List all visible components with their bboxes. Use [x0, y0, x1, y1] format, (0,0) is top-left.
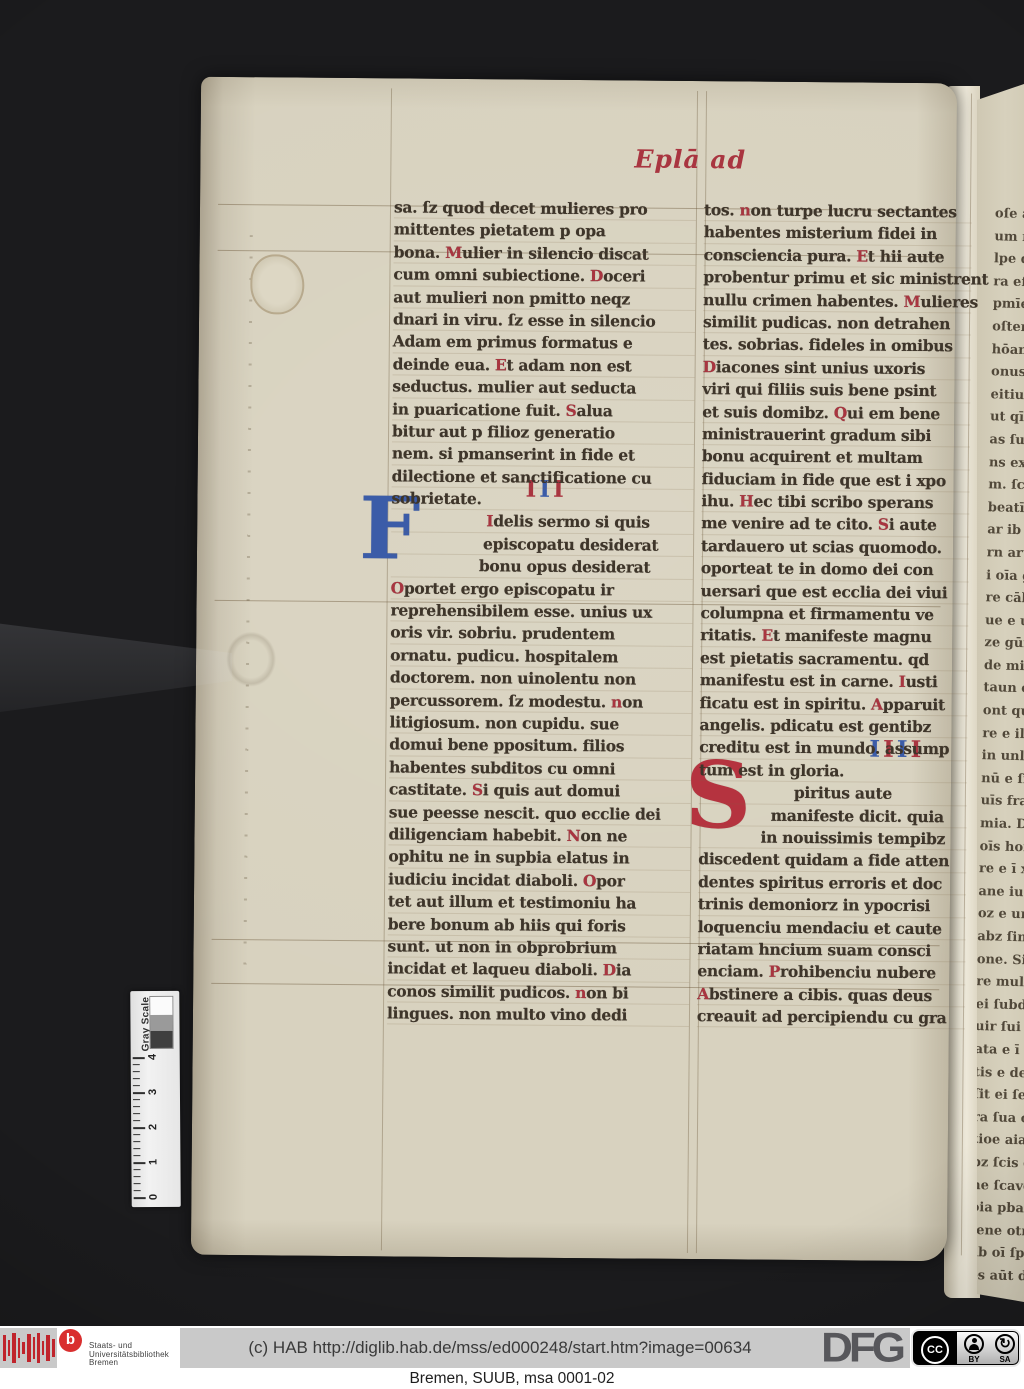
barcode-bar	[42, 1341, 44, 1355]
facing-text-fragment: in unlo ipo	[981, 745, 1024, 769]
facing-text-fragment: lpe qīn arſne	[994, 248, 1024, 272]
ruler-number: 2	[147, 1119, 159, 1135]
facing-text-fragment: ſit ei ſemp	[977, 1084, 1024, 1108]
facing-text-fragment: tioe aia ſca	[977, 1129, 1024, 1153]
text-line: piritus aute	[699, 781, 967, 806]
gray-patch-mid	[150, 1015, 172, 1031]
barcode-bar	[3, 1335, 6, 1361]
facing-page-text: oſe amōeum mgnōerilpe qīn arſnera eſt e …	[977, 203, 1024, 1289]
text-line: Diacones sint unius uxoris	[703, 356, 971, 381]
facing-text-fragment: re e ī xpo ih	[979, 858, 1024, 882]
cc-sa-arrow-icon: ↻	[995, 1334, 1015, 1354]
ruler-tick	[134, 1190, 141, 1191]
cc-sa-label: SA	[990, 1355, 1020, 1364]
text-line: Oportet ergo episcopatu ir	[391, 577, 693, 602]
facing-text-fragment: ab oī ſpe ma	[977, 1242, 1024, 1266]
ruler-tick	[133, 1064, 140, 1065]
ruler-tick	[133, 1120, 140, 1121]
text-line: bona. Mulier in silencio discat	[394, 241, 696, 266]
text-line: tum est in gloria.	[699, 759, 967, 784]
text-line: columpna et firmamentu ve	[700, 602, 968, 627]
text-line: bonu opus desiderat	[391, 555, 693, 580]
text-line: est pietatis sacramentu. qd	[700, 647, 968, 672]
text-line: consciencia pura. Et hii aute	[704, 244, 972, 269]
text-line: bitur aut p filioz generatio	[392, 420, 694, 445]
text-line: sobrietate.	[391, 487, 693, 512]
text-line: enciam. Prohibenciu nubere	[697, 960, 965, 985]
text-line: dilectione et sanctificatione cu	[392, 465, 694, 490]
text-line: Idelis sermo si quis	[391, 510, 693, 535]
text-line: mittentes pietatem p opa	[394, 219, 696, 244]
facing-text-fragment: one. Sic e de	[977, 949, 1024, 973]
text-line: bonu acquirent et multam	[702, 445, 970, 470]
cc-license-badge: CC BY ↻ SA	[911, 1329, 1021, 1367]
facing-text-fragment: re cābeis	[985, 587, 1024, 611]
text-line: tet aut illum et testimoniu ha	[388, 890, 690, 915]
facing-text-fragment: ut qīa aſſe	[990, 407, 1024, 431]
text-line: nullu crimen habentes. Mulieres	[703, 289, 971, 314]
footer-bar: b Staats- und Universitätsbibliothek Bre…	[0, 1326, 1024, 1389]
cc-by-person-icon	[964, 1334, 984, 1354]
text-line: dentes spiritus erroris et doc	[698, 871, 966, 896]
facing-text-fragment: ne ſcave re	[977, 1175, 1024, 1199]
facing-page-edge: oſe amōeum mgnōerilpe qīn arſnera eſt e …	[977, 84, 1024, 1302]
ruler-tick	[134, 1197, 146, 1199]
cc-sa-item: ↻ SA	[990, 1333, 1020, 1364]
text-line: viri qui filiis suis bene psint	[702, 378, 970, 403]
text-line: trinis demoniorz in ypocrisi	[698, 893, 966, 918]
facing-text-fragment: taun oīa ſe	[983, 678, 1024, 702]
facing-text-fragment: ont quia de	[983, 700, 1024, 724]
text-line: creditu est in mundo. assump	[699, 736, 967, 761]
text-line: seductus. mulier aut seducta	[392, 376, 694, 401]
text-line: ministrauerint gradum sibi	[702, 423, 970, 448]
cc-badge-panel: BY ↻ SA	[957, 1332, 1018, 1364]
text-line: fiduciam in fide que est i xpo	[702, 468, 970, 493]
text-line: habentes misterium fidei in	[704, 222, 972, 247]
text-line: bere bonum ab hiis qui foris	[388, 913, 690, 938]
ruler-tick	[133, 1127, 145, 1129]
barcode-bar	[46, 1335, 50, 1361]
text-line: similit pudicas. non detrahen	[703, 311, 971, 336]
text-line: angelis. pdicatu est gentibz	[699, 714, 967, 739]
dfg-logo: DFG	[821, 1324, 902, 1372]
ruler-tick	[133, 1085, 140, 1086]
facing-text-fragment: tene otmiz	[977, 1220, 1024, 1244]
grayscale-patches	[149, 996, 173, 1049]
facing-text-fragment: rn arte heb	[986, 542, 1024, 566]
text-line: doctorem. non uinolentu non	[390, 667, 692, 692]
running-title: Eplā ad	[634, 145, 746, 175]
facing-text-fragment: hōane. Hec	[991, 339, 1024, 363]
ruler-tick	[133, 1148, 140, 1149]
shelfmark: Bremen, SUUB, msa 0001-02	[0, 1370, 1024, 1388]
library-barcode-logo	[3, 1328, 55, 1368]
text-line: in puaricatione fuit. Salua	[392, 398, 694, 423]
facing-text-fragment: ata e ī oībz	[977, 1039, 1024, 1063]
facing-text-fragment: pmīe amōr	[992, 294, 1024, 318]
ruler-tick	[134, 1176, 141, 1177]
text-line: diligenciam habebit. Non ne	[388, 823, 690, 848]
facing-text-fragment: abz ſine ira	[977, 926, 1024, 950]
text-line: nem. si pmanserint in fide et	[392, 443, 694, 468]
ruler-tick	[133, 1106, 140, 1107]
facing-text-fragment: onus cris ui	[991, 361, 1024, 385]
barcode-bar	[18, 1338, 20, 1358]
facing-text-fragment: os aūt deus	[977, 1265, 1024, 1289]
facing-text-fragment: ra ſua oia	[977, 1107, 1024, 1131]
barcode-bar	[8, 1340, 10, 1356]
facing-text-fragment: uir ſui capi	[977, 1016, 1024, 1040]
ruler-tick	[133, 1134, 140, 1135]
ruler-tick	[133, 1162, 145, 1164]
text-line: riatam hncium suam consci	[697, 938, 965, 963]
text-line: me venire ad te cito. Si aute	[701, 513, 969, 538]
ruler-number: 1	[147, 1154, 159, 1170]
facing-text-fragment: ue e unlaub	[985, 610, 1024, 634]
facing-text-fragment: i oīa gaudi	[986, 565, 1024, 589]
text-line: manifeste dicit. quia	[699, 804, 967, 829]
facing-text-fragment: re e ille qī	[982, 723, 1024, 747]
text-line: litigiosum. non cupidu. sue	[389, 711, 691, 736]
barcode-bar	[22, 1342, 25, 1354]
facing-text-fragment: eitius ilins	[990, 384, 1024, 408]
ruler-tick	[133, 1071, 140, 1072]
parchment-hole	[250, 254, 305, 314]
ruler-tick	[134, 1183, 141, 1184]
text-line: tardauero ut scias quomodo.	[701, 535, 969, 560]
barcode-bar	[12, 1333, 16, 1363]
cc-logo-icon: CC	[921, 1336, 949, 1364]
text-line: habentes subditos cu omni	[389, 756, 691, 781]
text-line: reprehensibilem esse. unius ux	[390, 599, 692, 624]
text-line: lingues. non multo vino dedi	[387, 1002, 689, 1027]
text-line: castitate. Si quis aut domui	[389, 779, 691, 804]
text-line: probentur primu et sic ministrent	[703, 266, 971, 291]
facing-text-fragment: um mgnōeri	[994, 226, 1024, 250]
text-line: sue peesse nescit. quo ecclie dei	[389, 801, 691, 826]
barcode-bar	[33, 1337, 35, 1359]
text-line: oporteat te in domo dei con	[701, 557, 969, 582]
facing-text-fragment: oz e unlner	[978, 904, 1024, 928]
ruler-tick	[133, 1169, 140, 1170]
text-line: episcopatu desiderat	[391, 532, 693, 557]
facing-text-fragment: nū e ſi aud	[981, 768, 1024, 792]
text-line: creauit ad percipiendu cu gra	[697, 1005, 965, 1030]
gray-patch-dark	[151, 1031, 173, 1048]
text-line: ornatu. pudicu. hospitalem	[390, 644, 692, 669]
text-line: et suis domibz. Qui em bene	[702, 401, 970, 426]
ruler-number: 0	[148, 1189, 160, 1205]
facing-text-fragment: ns excreta t	[989, 452, 1024, 476]
facing-text-fragment: ane iudicat	[978, 881, 1024, 905]
library-name: Staats- und Universitätsbibliothek Breme…	[89, 1342, 169, 1368]
facing-text-fragment: ze gūr erfe	[984, 632, 1024, 656]
text-column-left: sa. ſz quod decet mulieres promittentes …	[387, 196, 696, 1027]
pricking-dots	[243, 235, 252, 975]
facing-text-fragment: re mulieri	[977, 971, 1024, 995]
library-logo-block	[0, 1328, 57, 1368]
text-line: ihu. Hec tibi scribo sperans	[701, 490, 969, 515]
text-line: tes. sobrias. fideles in omibus	[703, 333, 971, 358]
text-line: sunt. ut non in obprobrium	[387, 935, 689, 960]
text-line: sa. ſz quod decet mulieres pro	[394, 196, 696, 221]
text-line: ophitu ne in supbia elatus in	[388, 846, 690, 871]
ruler-tick	[133, 1141, 140, 1142]
barcode-bar	[27, 1334, 32, 1362]
ruler-tick	[133, 1057, 145, 1059]
facing-text-fragment: as ſut e aud	[989, 429, 1024, 453]
text-line: uersari que est ecclia dei viui	[701, 580, 969, 605]
library-b-logo: b	[59, 1329, 82, 1352]
text-line: oris vir. sobriu. prudentem	[390, 622, 692, 647]
cc-by-label: BY	[959, 1355, 989, 1364]
ruler-tick	[133, 1078, 140, 1079]
facing-text-fragment: ei ſubdi de	[977, 994, 1024, 1018]
ruler-tick	[133, 1099, 140, 1100]
text-line: iudiciu incidat diaboli. Opor	[388, 868, 690, 893]
facing-text-fragment: beatīcū ui	[988, 497, 1024, 521]
facing-text-fragment: bz ſcis oibz	[977, 1152, 1024, 1176]
ruler-tick	[133, 1113, 140, 1114]
manuscript-page: Eplā ad III IIII F S sa. ſz quod decet m…	[191, 77, 957, 1262]
text-column-right: tos. non turpe lucru sectanteshabentes m…	[697, 199, 972, 1030]
text-line: ritatis. Et manifeste magnu	[700, 625, 968, 650]
text-line: domui bene ppositum. filios	[389, 734, 691, 759]
ruler-number: 4	[147, 1049, 159, 1065]
text-line: ficatu est in spiritu. Apparuit	[700, 692, 968, 717]
copyright-text: (c) HAB http://diglib.hab.de/mss/ed00024…	[180, 1328, 820, 1368]
facing-text-fragment: de mihi ſoc	[984, 655, 1024, 679]
ruler-tick	[133, 1155, 140, 1156]
facing-text-fragment: uīs frai e	[980, 791, 1024, 815]
facing-text-fragment: oia pbate q	[977, 1197, 1024, 1221]
copyright-bar: (c) HAB http://diglib.hab.de/mss/ed00024…	[180, 1328, 910, 1368]
text-line: Abstinere a cibis. quas deus	[697, 983, 965, 1008]
facing-text-fragment: ar ib oīta u	[987, 520, 1024, 544]
facing-text-fragment: m. ſcam coſ	[988, 474, 1024, 498]
text-line: tos. non turpe lucru sectantes	[704, 199, 972, 224]
facing-text-fragment: oīs hoibz ſi	[979, 836, 1024, 860]
text-line: manifestu est in carne. Iusti	[700, 669, 968, 694]
text-line: dnari in viru. ſz esse in silencio	[393, 308, 695, 333]
facing-text-fragment: oſe amōe	[995, 203, 1024, 227]
text-line: cum omni subiectione. Doceri	[393, 264, 695, 289]
gray-patch-white	[150, 997, 172, 1015]
facing-text-fragment: mia. Deo ai	[980, 813, 1024, 837]
facing-text-fragment: ra eſt e unlch	[993, 271, 1024, 295]
ruler-number: 3	[147, 1084, 159, 1100]
ruler-tick	[133, 1092, 145, 1094]
barcode-bar	[37, 1333, 40, 1363]
text-line: conos similit pudicos. non bi	[387, 980, 689, 1005]
text-line: percussorem. ſz modestu. non	[390, 689, 692, 714]
text-line: deinde eua. Et adam non est	[393, 353, 695, 378]
text-line: loquenciu mendaciu et caute	[698, 916, 966, 941]
text-line: incidat et laqueu diaboli. Dia	[387, 958, 689, 983]
facing-text-fragment: tis e decore	[977, 1062, 1024, 1086]
cc-by-item: BY	[959, 1333, 989, 1364]
text-line: discedent quidam a fide atten	[698, 848, 966, 873]
text-line: Adam em primus formatus e	[393, 331, 695, 356]
text-line: aut mulieri non pmitto neqz	[393, 286, 695, 311]
text-line: in nouissimis tempibz	[698, 826, 966, 851]
barcode-bar	[52, 1339, 55, 1357]
facing-text-fragment: oſtemt cm	[992, 316, 1024, 340]
grayscale-ruler: Gray Scale 43210	[130, 991, 181, 1207]
